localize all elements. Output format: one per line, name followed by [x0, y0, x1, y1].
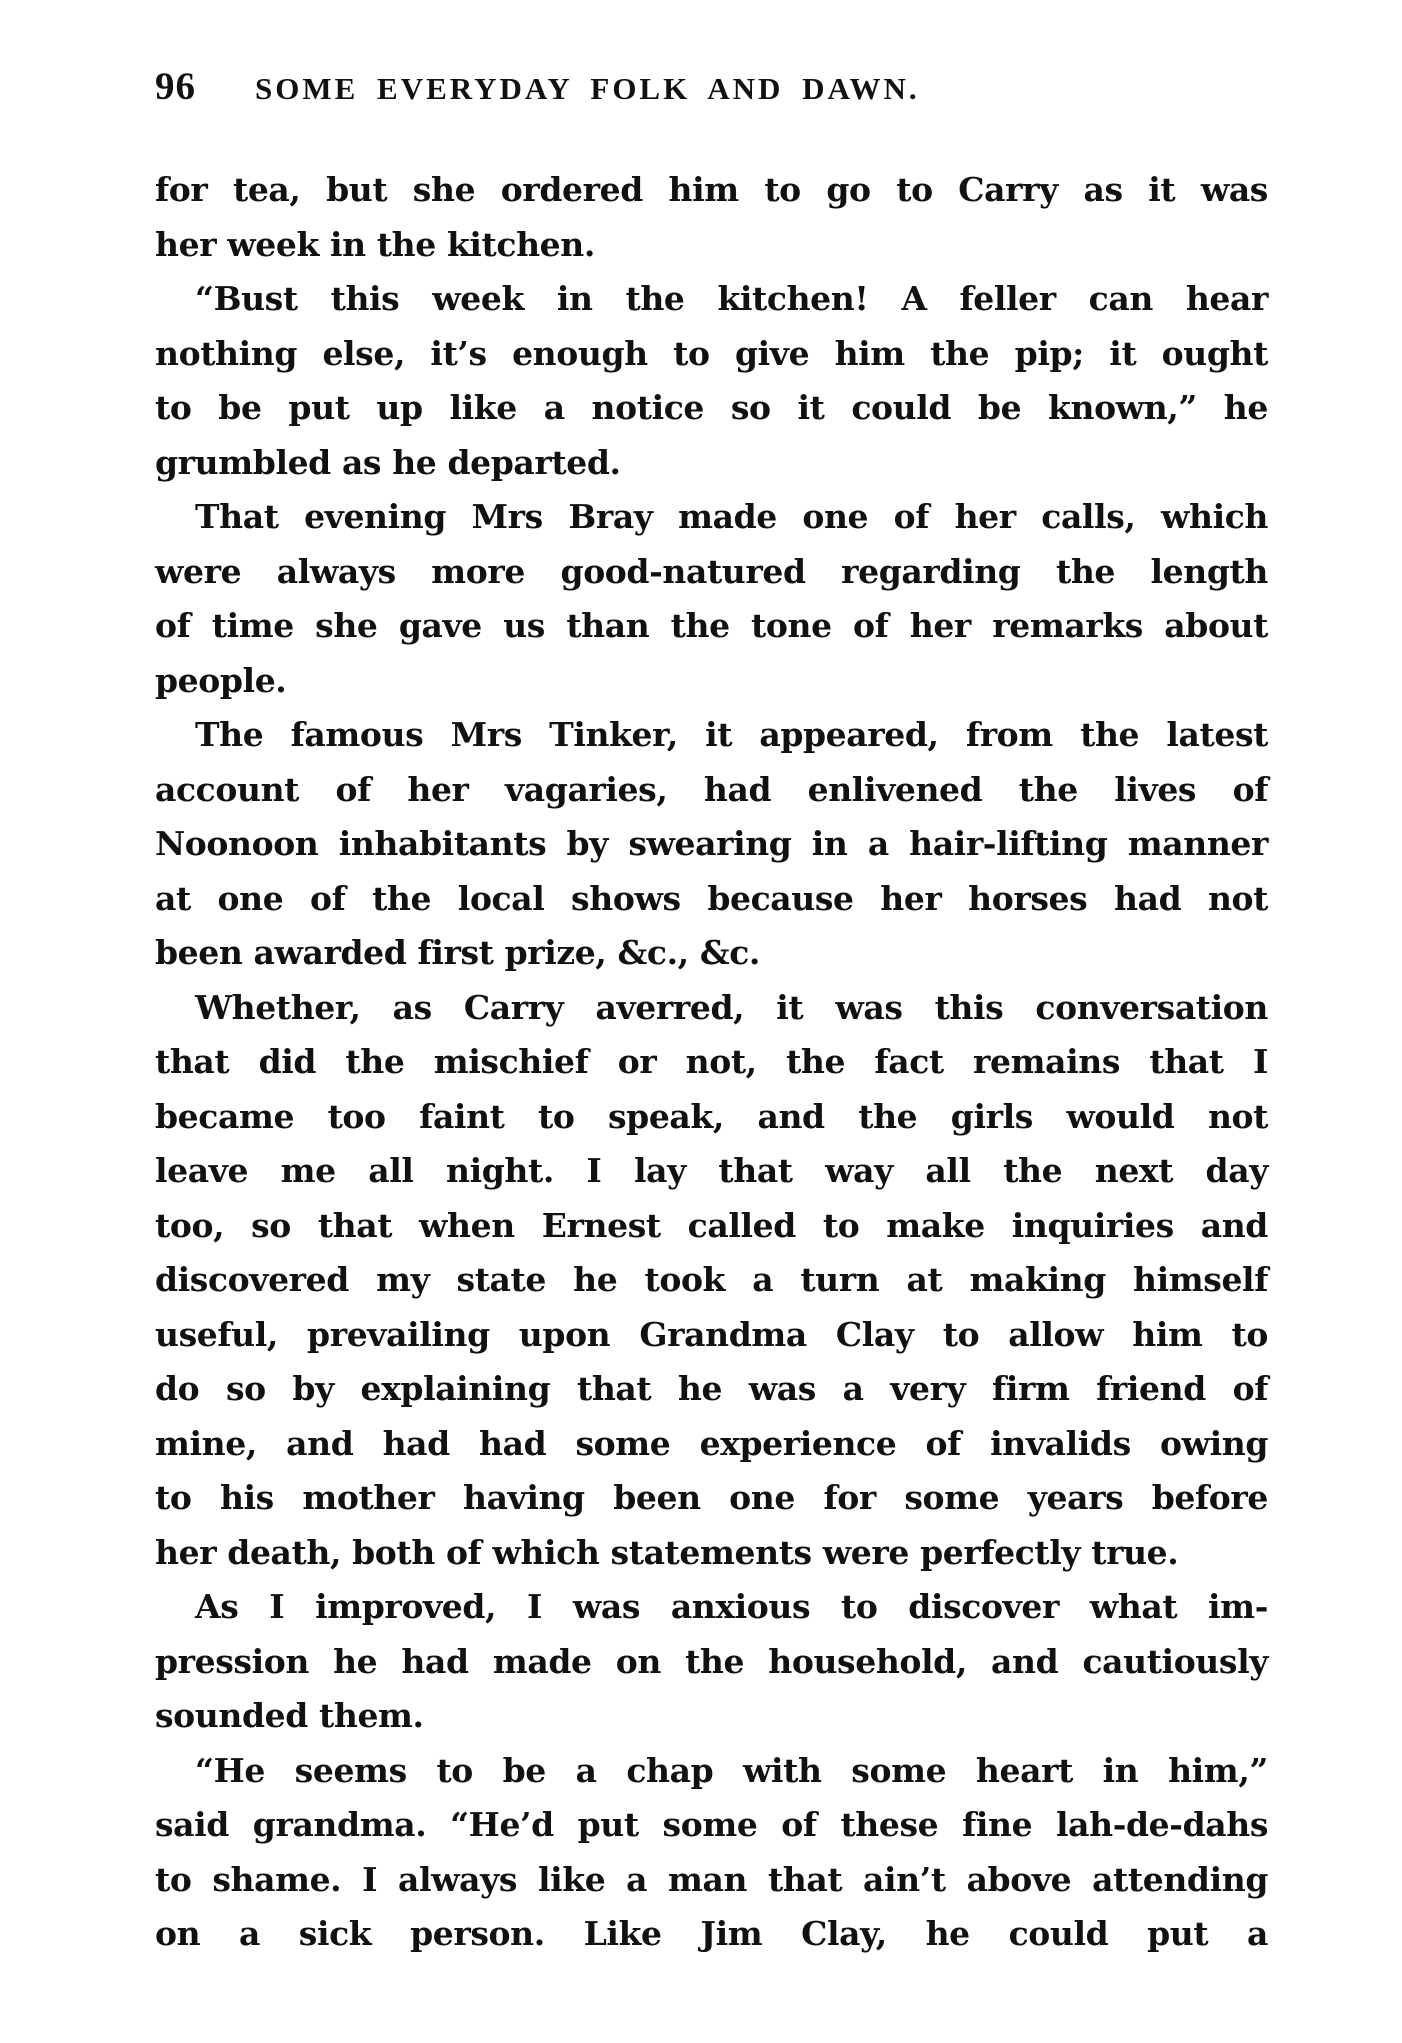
- text-line: for tea, but she ordered him to go to Ca…: [155, 163, 1268, 218]
- paragraph: for tea, but she ordered him to go to Ca…: [155, 163, 1268, 272]
- text-line: “He seems to be a chap with some heart i…: [155, 1744, 1268, 1799]
- text-line: nothing else, it’s enough to give him th…: [155, 327, 1268, 382]
- text-line: discovered my state he took a turn at ma…: [155, 1253, 1268, 1308]
- text-line: been awarded first prize, &c., &c.: [155, 926, 1268, 981]
- text-line: do so by explaining that he was a very f…: [155, 1362, 1268, 1417]
- text-line: said grandma. “He’d put some of these fi…: [155, 1798, 1268, 1853]
- text-line: her week in the kitchen.: [155, 218, 1268, 273]
- text-line: to shame. I always like a man that ain’t…: [155, 1853, 1268, 1908]
- text-line: The famous Mrs Tinker, it appeared, from…: [155, 708, 1268, 763]
- text-line: to his mother having been one for some y…: [155, 1471, 1268, 1526]
- paragraph: “He seems to be a chap with some heart i…: [155, 1744, 1268, 1962]
- text-line: grumbled as he departed.: [155, 436, 1268, 491]
- text-line: mine, and had had some experience of inv…: [155, 1417, 1268, 1472]
- book-page: 96 SOME EVERYDAY FOLK AND DAWN. for tea,…: [0, 0, 1402, 2043]
- page-number: 96: [155, 62, 196, 112]
- text-line: too, so that when Ernest called to make …: [155, 1199, 1268, 1254]
- text-line: her death, both of which statements were…: [155, 1526, 1268, 1581]
- text-line: Whether, as Carry averred, it was this c…: [155, 981, 1268, 1036]
- text-line: sounded them.: [155, 1689, 1268, 1744]
- text-line: leave me all night. I lay that way all t…: [155, 1144, 1268, 1199]
- body-text: for tea, but she ordered him to go to Ca…: [155, 163, 1268, 1962]
- paragraph: “Bust this week in the kitchen! A feller…: [155, 272, 1268, 490]
- paragraph: As I improved, I was anxious to discover…: [155, 1580, 1268, 1744]
- text-line: people.: [155, 654, 1268, 709]
- text-line: at one of the local shows because her ho…: [155, 872, 1268, 927]
- text-line: Noonoon inhabitants by swearing in a hai…: [155, 817, 1268, 872]
- paragraph: Whether, as Carry averred, it was this c…: [155, 981, 1268, 1581]
- text-line: became too faint to speak, and the girls…: [155, 1090, 1268, 1145]
- text-line: As I improved, I was anxious to discover…: [155, 1580, 1268, 1635]
- text-line: That evening Mrs Bray made one of her ca…: [155, 490, 1268, 545]
- paragraph: That evening Mrs Bray made one of her ca…: [155, 490, 1268, 708]
- text-line: on a sick person. Like Jim Clay, he coul…: [155, 1907, 1268, 1962]
- paragraph: The famous Mrs Tinker, it appeared, from…: [155, 708, 1268, 981]
- running-header: 96 SOME EVERYDAY FOLK AND DAWN.: [155, 62, 1270, 112]
- text-line: that did the mischief or not, the fact r…: [155, 1035, 1268, 1090]
- text-line: useful, prevailing upon Grandma Clay to …: [155, 1308, 1268, 1363]
- text-line: of time she gave us than the tone of her…: [155, 599, 1268, 654]
- text-line: account of her vagaries, had enlivened t…: [155, 763, 1268, 818]
- text-line: “Bust this week in the kitchen! A feller…: [155, 272, 1268, 327]
- text-line: pression he had made on the household, a…: [155, 1635, 1268, 1690]
- text-line: were always more good-natured regarding …: [155, 545, 1268, 600]
- running-title: SOME EVERYDAY FOLK AND DAWN.: [255, 66, 920, 112]
- text-line: to be put up like a notice so it could b…: [155, 381, 1268, 436]
